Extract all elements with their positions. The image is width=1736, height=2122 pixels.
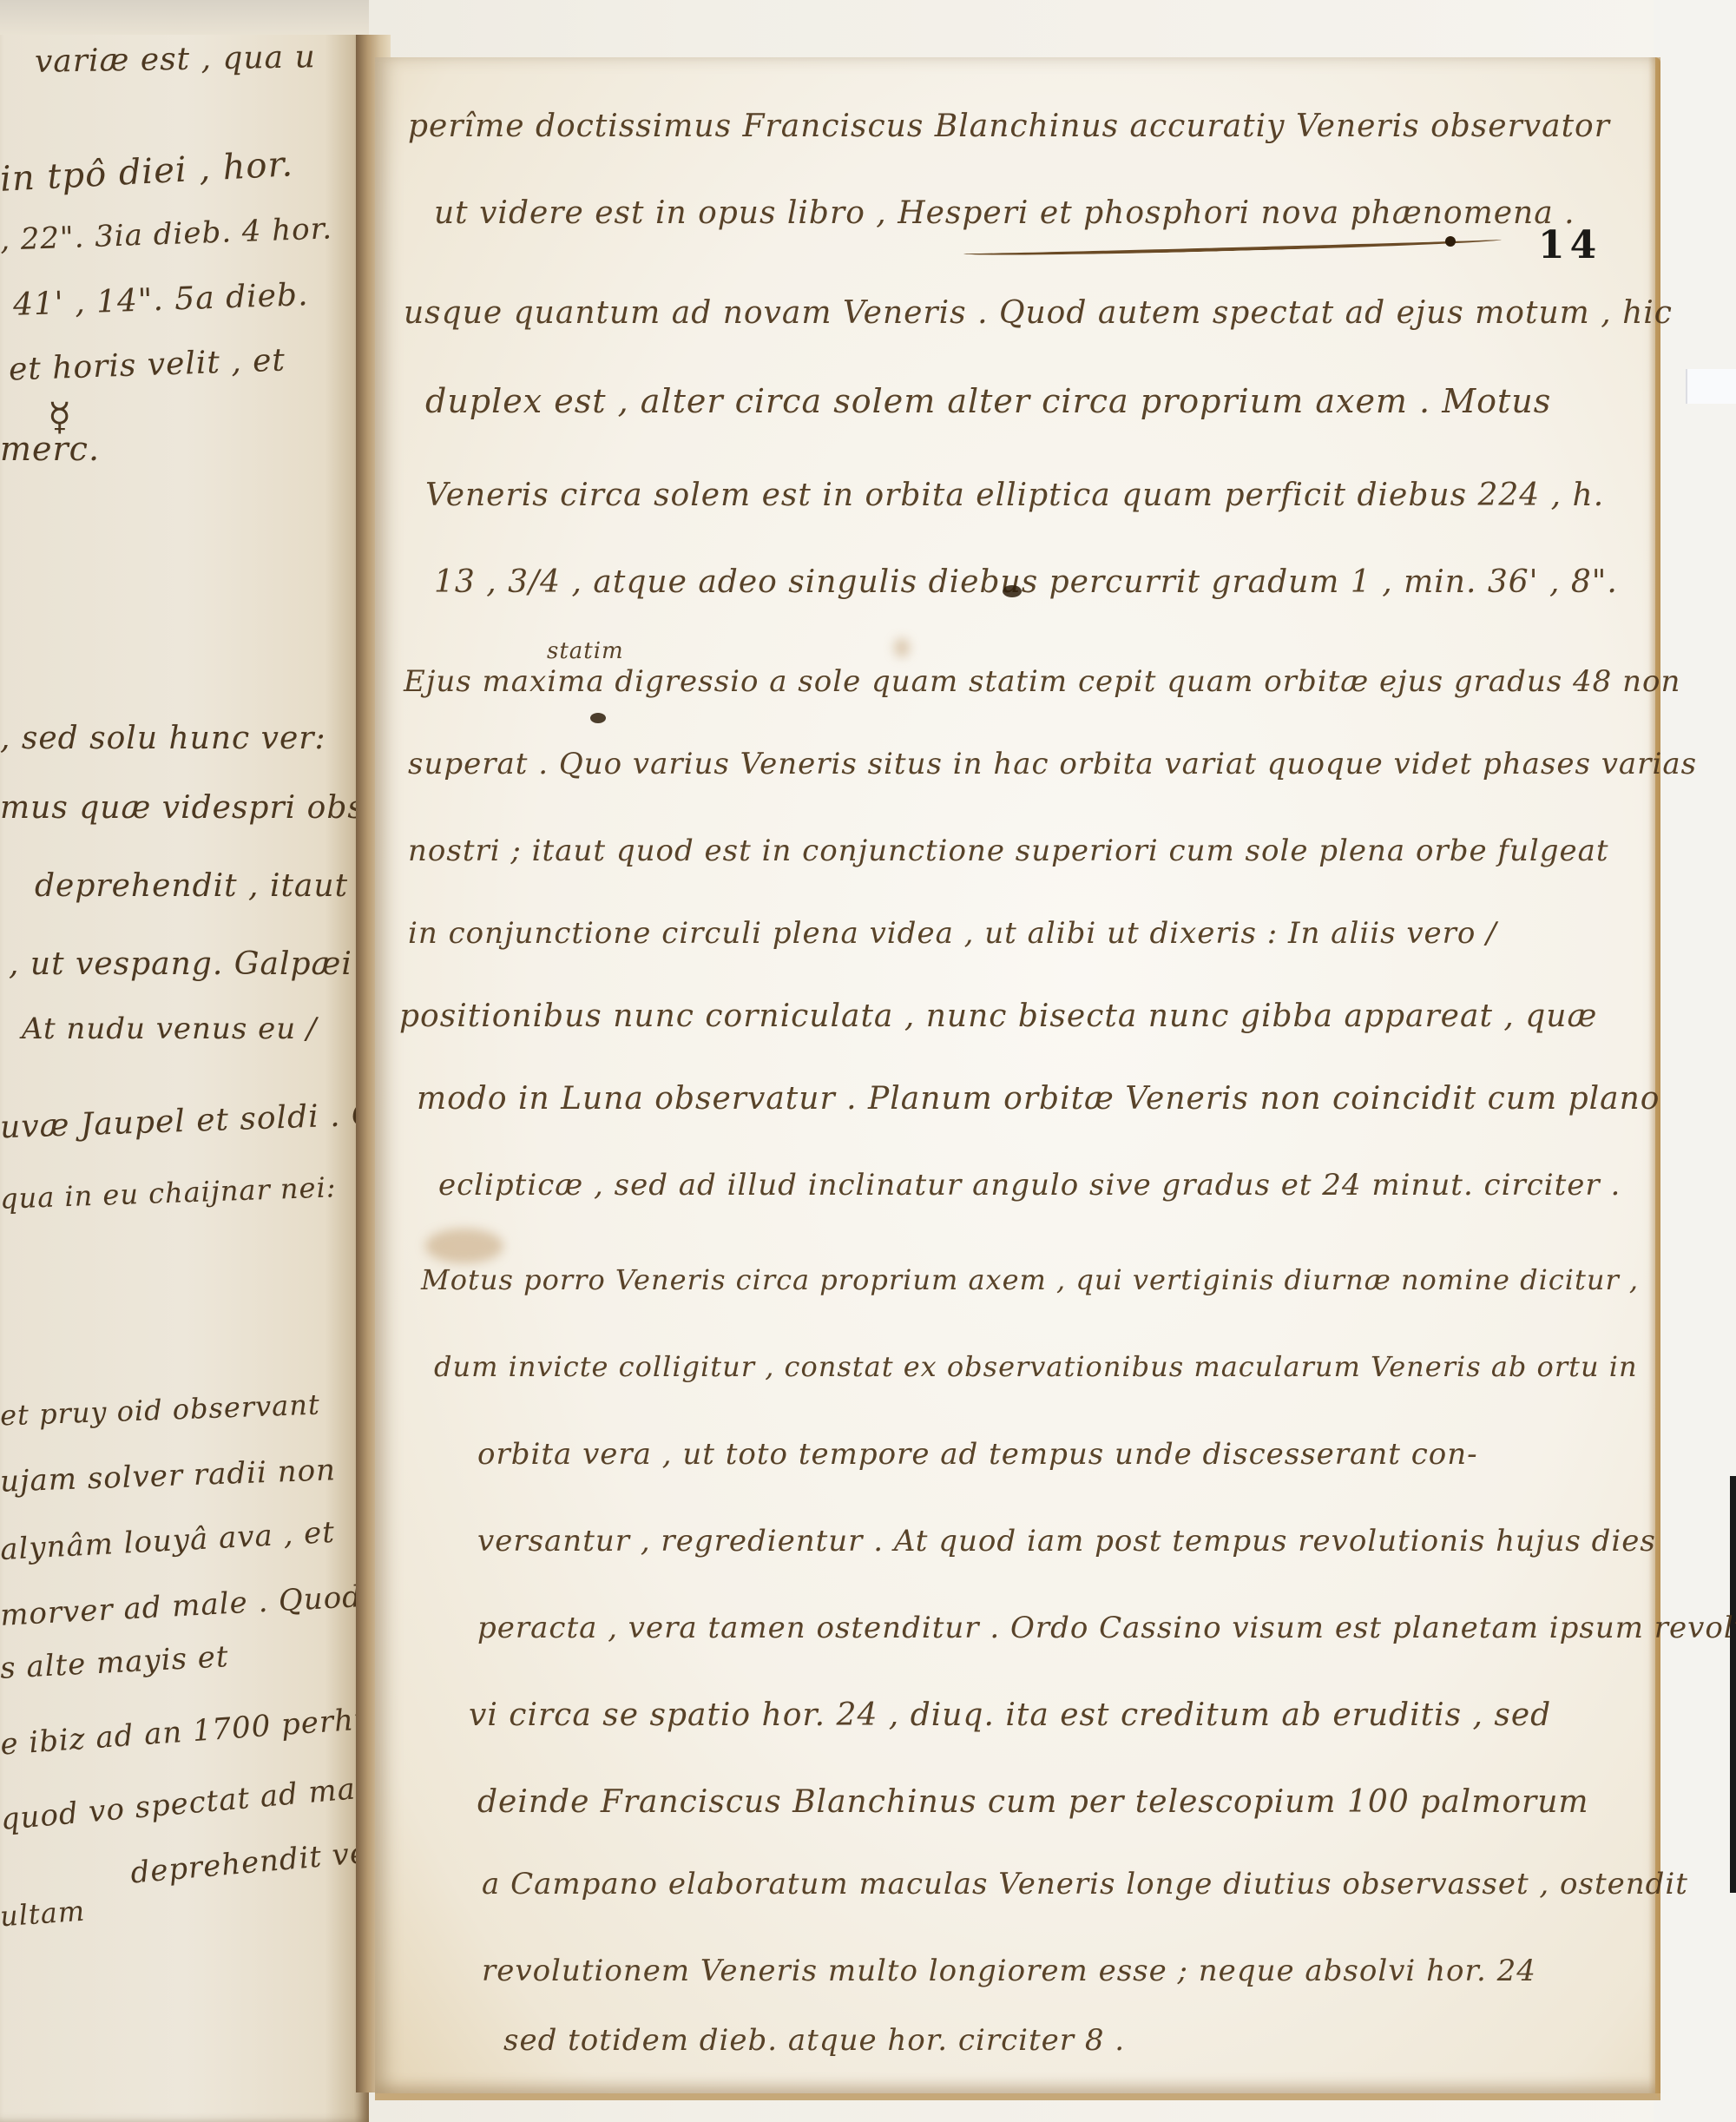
manuscript-line: a Campano elaboratum maculas Veneris lon… xyxy=(482,1867,1688,1901)
left-line: ultam xyxy=(0,1895,86,1934)
manuscript-line: perîme doctissimus Franciscus Blanchinus… xyxy=(408,109,1610,144)
ink-stain xyxy=(425,1229,503,1263)
manuscript-line: peracta , vera tamen ostenditur . Ordo C… xyxy=(477,1611,1736,1645)
interlinear-insertion: statim xyxy=(547,638,624,664)
ink-stain xyxy=(894,638,910,657)
manuscript-line: usque quantum ad novam Veneris . Quod au… xyxy=(404,295,1673,331)
manuscript-line: ut videre est in opus libro , Hesperi et… xyxy=(434,195,1575,231)
manuscript-line: Ejus maxima digressio a sole quam statim… xyxy=(404,664,1680,699)
manuscript-line: nostri ; itaut quod est in conjunctione … xyxy=(408,834,1609,868)
manuscript-line: superat . Quo varius Veneris situs in ha… xyxy=(408,747,1697,781)
manuscript-line: 13 , 3/4 , atque adeo singulis diebus pe… xyxy=(434,564,1618,600)
manuscript-line: in conjunctione circuli plena videa , ut… xyxy=(408,916,1497,951)
left-line: At nudu venus eu / xyxy=(22,1012,317,1046)
ink-blot xyxy=(1003,585,1022,597)
manuscript-line: orbita vera , ut toto tempore ad tempus … xyxy=(477,1437,1478,1472)
manuscript-line: deinde Franciscus Blanchinus cum per tel… xyxy=(477,1784,1589,1820)
manuscript-line: eclipticæ , sed ad illud inclinatur angu… xyxy=(438,1168,1621,1203)
dark-edge-strip xyxy=(1730,1476,1736,1893)
manuscript-line: vi circa se spatio hor. 24 , diuq. ita e… xyxy=(469,1697,1551,1733)
ink-blot xyxy=(590,713,606,723)
manuscript-line: dum invicte colligitur , constat ex obse… xyxy=(434,1350,1638,1383)
manuscript-line: positionibus nunc corniculata , nunc bis… xyxy=(399,998,1597,1034)
manuscript-line: Veneris circa solem est in orbita ellipt… xyxy=(425,478,1604,513)
ink-blot xyxy=(1445,236,1456,247)
left-line: merc. xyxy=(0,430,100,468)
left-line: , sed solu hunc ver: xyxy=(0,721,326,756)
manuscript-line: revolutionem Veneris multo longiorem ess… xyxy=(482,1954,1536,1988)
left-line: mus quæ videspri obser: xyxy=(0,790,411,826)
manuscript-line: Motus porro Veneris circa proprium axem … xyxy=(421,1263,1639,1296)
paper-tab-marker xyxy=(1686,369,1736,404)
left-line: , ut vespang. Galpæi xyxy=(9,946,352,982)
manuscript-line: duplex est , alter circa solem alter cir… xyxy=(425,382,1551,420)
manuscript-line: versantur , regredientur . At quod iam p… xyxy=(477,1524,1656,1559)
left-line: variæ est , qua u xyxy=(35,39,316,80)
manuscript-line: sed totidem dieb. atque hor. circiter 8 … xyxy=(503,2023,1125,2058)
manuscript-line: modo in Luna observatur . Planum orbitæ … xyxy=(417,1081,1660,1117)
